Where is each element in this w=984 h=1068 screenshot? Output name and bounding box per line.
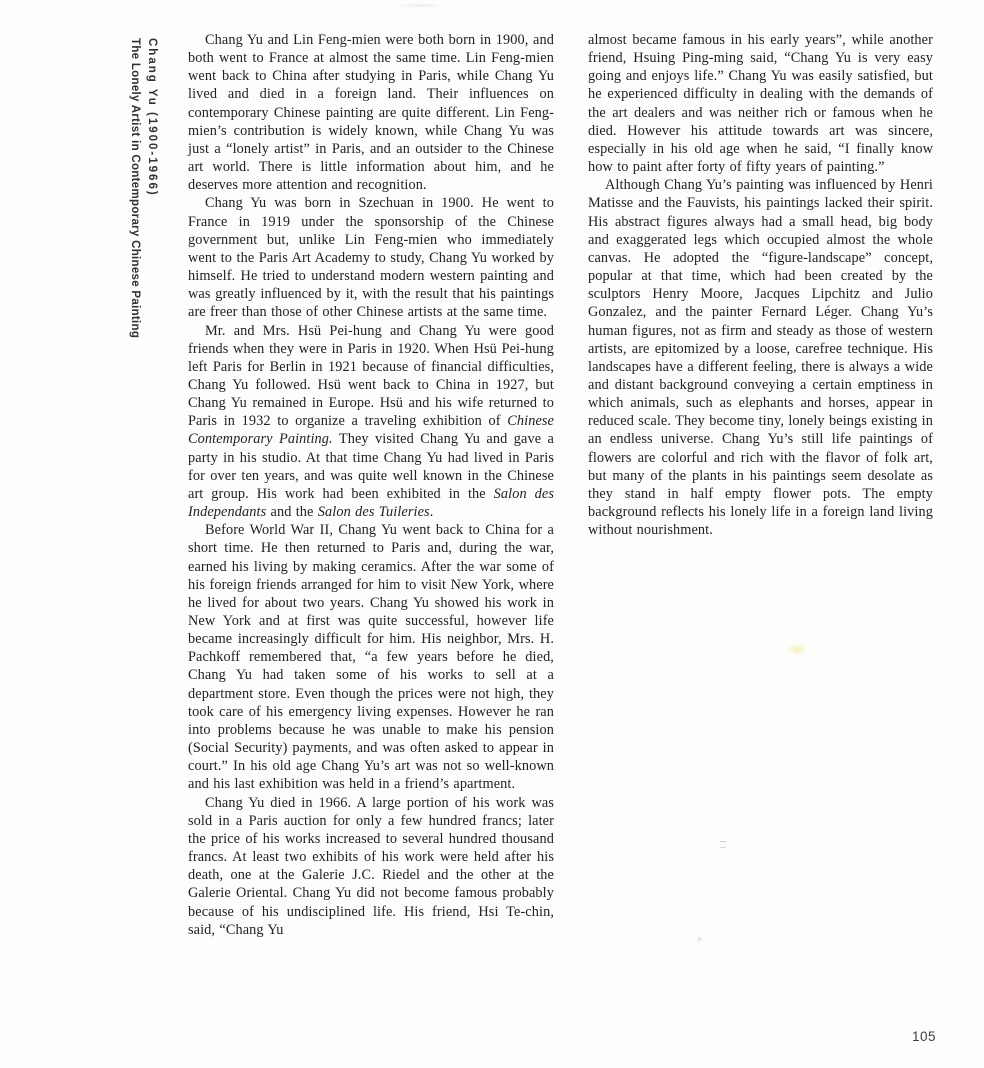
paragraph-segment: and the xyxy=(266,504,318,520)
paragraph-segment: . xyxy=(430,504,434,520)
scan-artifact-smudge xyxy=(398,3,444,8)
paragraph-quotes-continued: almost became famous in his early years”… xyxy=(588,31,933,176)
paragraph-intro: Chang Yu and Lin Feng-mien were both bor… xyxy=(188,31,554,194)
scan-artifact-dot xyxy=(697,936,702,942)
book-page: Chang Yu (1900-1966) The Lonely Artist i… xyxy=(0,0,984,1068)
paragraph-segment-italic: Salon des Tuileries xyxy=(318,504,430,520)
paragraph-style-analysis: Although Chang Yu’s painting was influen… xyxy=(588,176,933,539)
paragraph-birth: Chang Yu was born in Szechuan in 1900. H… xyxy=(188,194,554,321)
chapter-title-line1: Chang Yu (1900-1966) xyxy=(143,38,161,658)
paragraph-paris-friends: Mr. and Mrs. Hsü Pei-hung and Chang Yu w… xyxy=(188,322,554,522)
right-text-column: almost became famous in his early years”… xyxy=(588,31,933,539)
left-text-column: Chang Yu and Lin Feng-mien were both bor… xyxy=(188,31,554,939)
chapter-title-line2: The Lonely Artist in Contemporary Chines… xyxy=(126,38,143,658)
scan-artifact-dash xyxy=(720,841,726,848)
paragraph-war-newyork: Before World War II, Chang Yu went back … xyxy=(188,521,554,793)
paragraph-death: Chang Yu died in 1966. A large portion o… xyxy=(188,794,554,939)
page-number: 105 xyxy=(912,1029,936,1044)
chapter-title-vertical: Chang Yu (1900-1966) The Lonely Artist i… xyxy=(126,38,161,658)
scan-artifact-stain xyxy=(786,643,808,656)
paragraph-segment: Mr. and Mrs. Hsü Pei-hung and Chang Yu w… xyxy=(188,323,554,430)
